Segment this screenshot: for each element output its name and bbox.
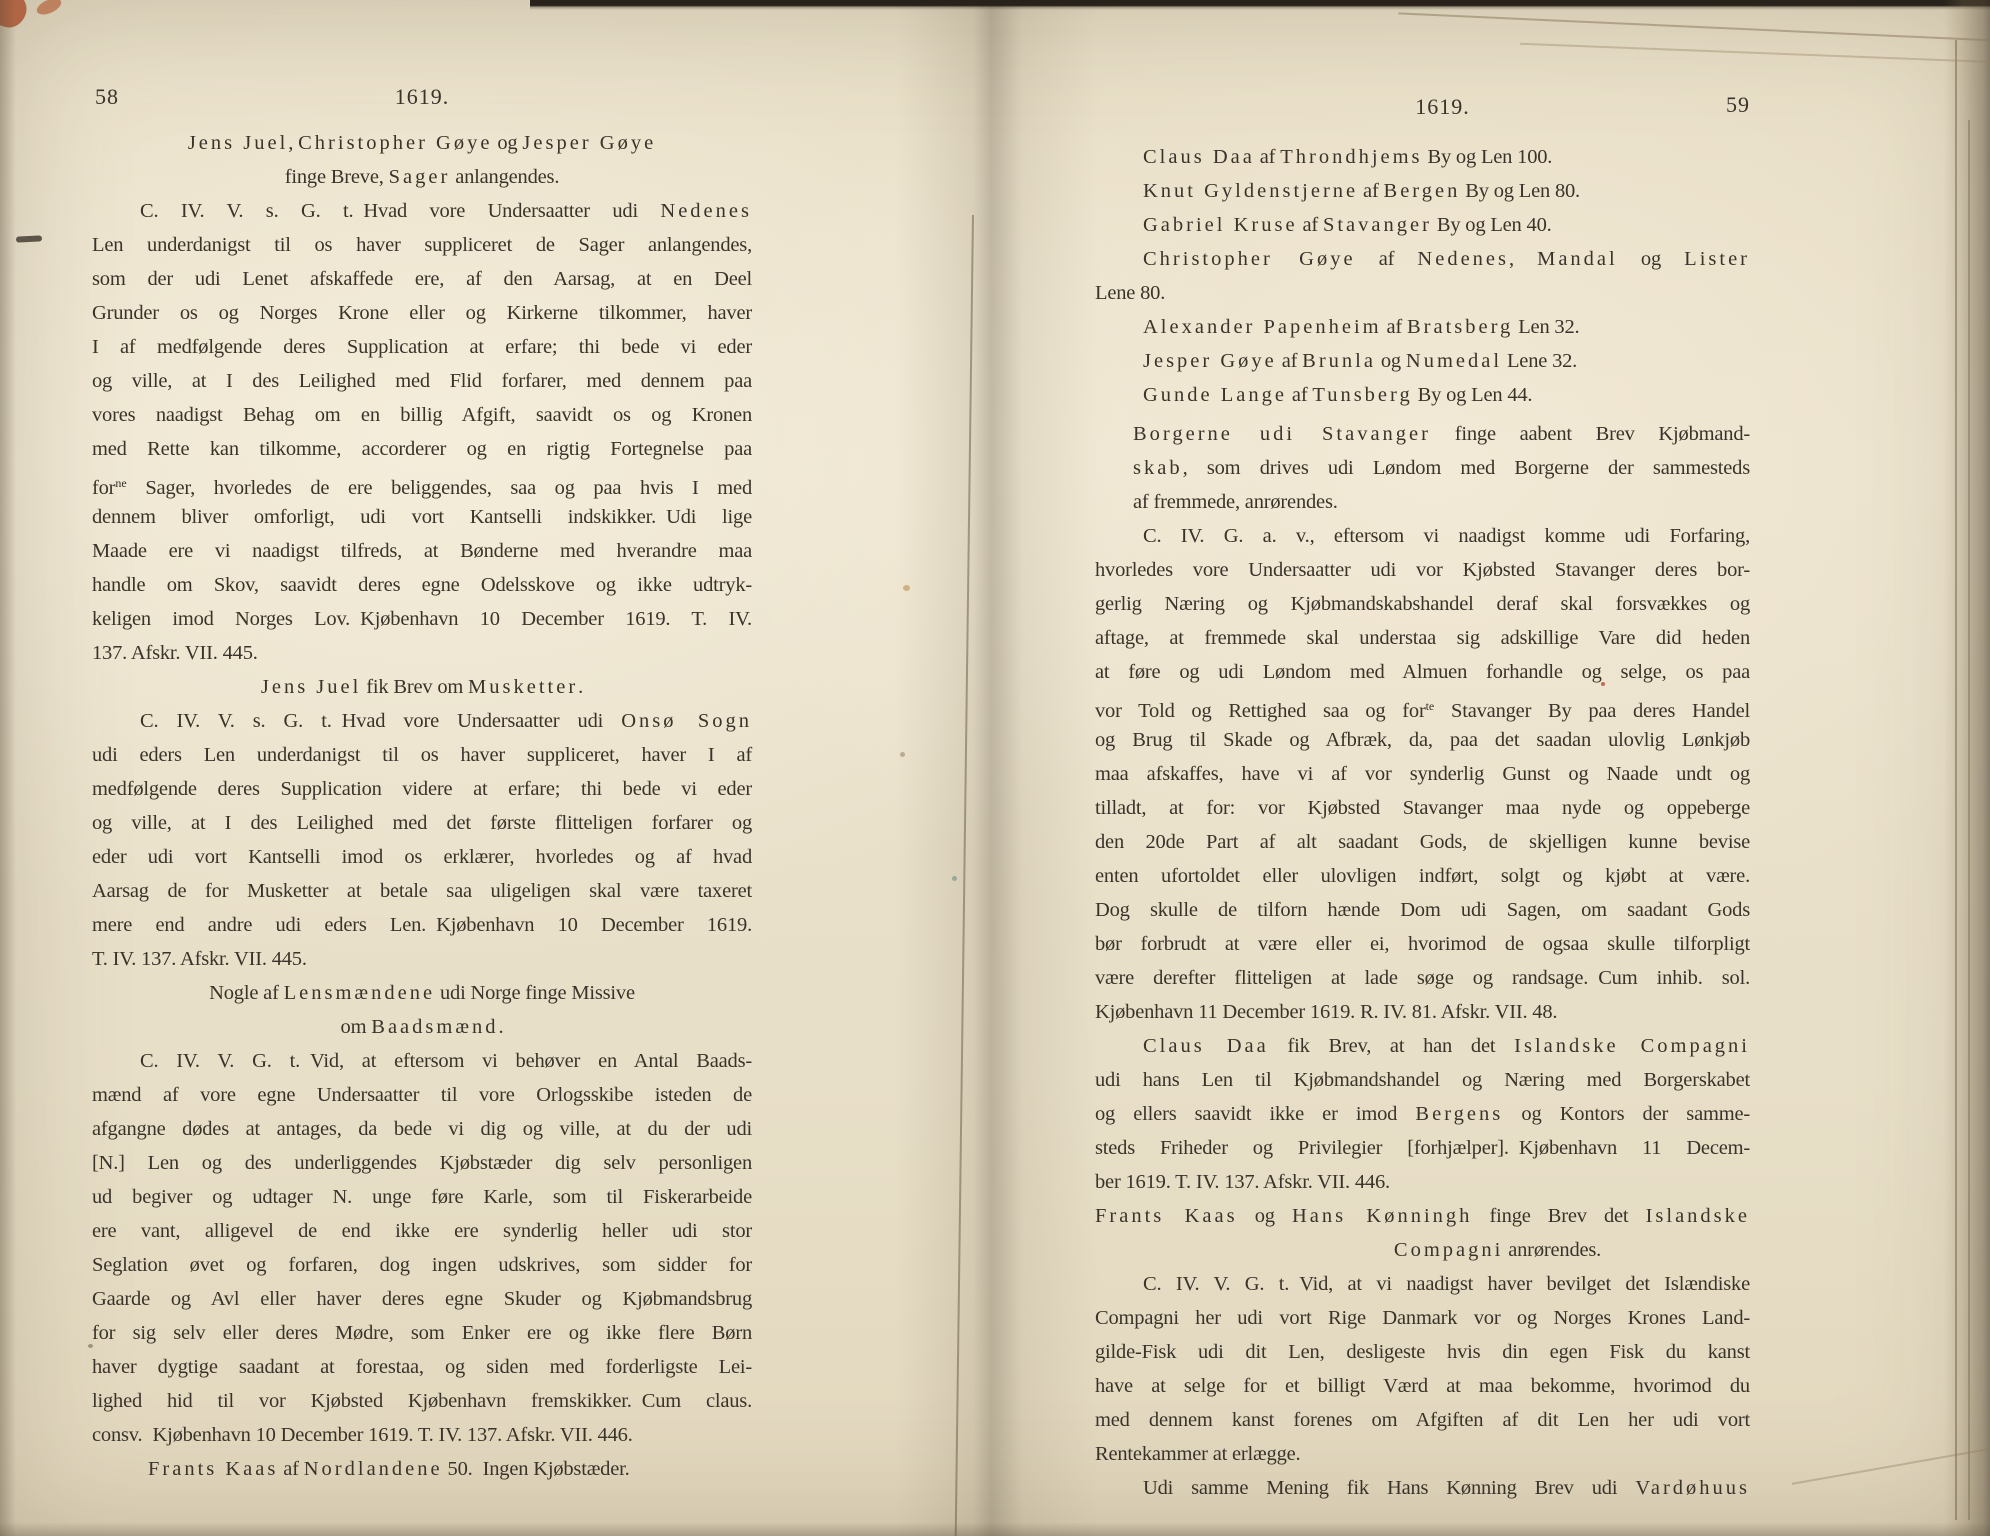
scan-top-edge	[530, 0, 1990, 10]
ink-speck-2	[900, 752, 905, 757]
text-line: eder udi vort Kantselli imod os erklærer…	[92, 840, 752, 874]
gutter-crease-line	[955, 215, 974, 1536]
text-line: Dog skulle de tilforn hænde Dom udi Sage…	[1095, 893, 1750, 927]
left-running-head: 1619.	[92, 84, 752, 110]
text-line: Jesper Gøye af Brunla og Numedal Lene 32…	[1095, 344, 1750, 378]
text-line: C. IV. V. G. t. Vid, at eftersom vi behø…	[92, 1044, 752, 1078]
letterspaced-name: Brunla	[1302, 350, 1376, 372]
text-line: vores naadigst Behag om en billig Afgift…	[92, 398, 752, 432]
page-stack-edge	[1944, 0, 1990, 1536]
text-line: udi hans Len til Kjøbmandshandel og Næri…	[1095, 1063, 1750, 1097]
letter-text-claus-daa: Claus Daa fik Brev, at han det Islandske…	[1095, 1029, 1750, 1199]
letterspaced-name: Jesper Gøye	[1143, 350, 1277, 372]
letter-text-baadsmaend: C. IV. V. G. t. Vid, at eftersom vi behø…	[92, 1044, 752, 1452]
page-corner-crease-2	[1520, 43, 1990, 63]
letterspaced-name: Mandal	[1537, 248, 1618, 270]
text-line: skab, som drives udi Løndom med Borgerne…	[1133, 451, 1750, 485]
text-line: Lene 80.	[1095, 276, 1750, 310]
text-line: Rentekammer at erlægge.	[1095, 1437, 1750, 1471]
text-line: have at selge for et billigt Værd at maa…	[1095, 1369, 1750, 1403]
text-line: og ville, at I des Leilighed med det før…	[92, 806, 752, 840]
text-line: være derefter flitteligen at lade søge o…	[1095, 961, 1750, 995]
left-edge-shadow	[0, 0, 16, 1536]
text-line: ud begiver og udtager N. unge føre Karle…	[92, 1180, 752, 1214]
text-line: I af medfølgende deres Supplication at e…	[92, 330, 752, 364]
text-line: at føre og udi Løndom med Almuen forhand…	[1095, 655, 1750, 689]
letterspaced-name: Lensmændene	[284, 982, 435, 1004]
margin-dash-mark	[16, 235, 42, 242]
letter-heading-islandske-compagni: Frants Kaas og Hans Kønningh finge Brev …	[1095, 1199, 1750, 1267]
letterspaced-name: Alexander Papenheim	[1143, 316, 1382, 338]
text-line: mere end andre udi eders Len. Kjøbenhavn…	[92, 908, 752, 942]
text-line: gerlig Næring og Kjøbmandskabshandel der…	[1095, 587, 1750, 621]
text-line: og ville, at I des Leilighed med Flid fo…	[92, 364, 752, 398]
letterspaced-name: Tunsberg	[1312, 384, 1412, 406]
red-crayon-mark-1	[0, 0, 31, 32]
letterspaced-name: Bergen	[1384, 180, 1461, 202]
superscript-abbrev: ne	[115, 476, 126, 490]
letterspaced-name: Throndhjems	[1280, 146, 1422, 168]
letterspaced-name: Nedenes	[660, 200, 752, 222]
right-page-text: Claus Daa af Throndhjems By og Len 100.K…	[1095, 140, 1750, 1505]
text-line: aftage, at fremmede skal understaa sig a…	[1095, 621, 1750, 655]
text-line: 137. Afskr. VII. 445.	[92, 636, 752, 670]
letterspaced-name: Christopher Gøye	[298, 132, 492, 154]
text-line: med Rette kan tilkomme, accorderer og en…	[92, 432, 752, 466]
text-line: T. IV. 137. Afskr. VII. 445.	[92, 942, 752, 976]
text-line: Seglation øvet og forfaren, dog ingen ud…	[92, 1248, 752, 1282]
text-line: Christopher Gøye af Nedenes, Mandal og L…	[1095, 242, 1750, 276]
text-line: Claus Daa af Throndhjems By og Len 100.	[1095, 140, 1750, 174]
letter-text-nedenes: C. IV. V. s. G. t. Hvad vore Undersaatte…	[92, 194, 752, 670]
text-line: om Baadsmænd.	[92, 1010, 752, 1044]
text-line: Gunde Lange af Tunsberg By og Len 44.	[1095, 378, 1750, 412]
text-line: maa afskaffes, have vi af vor synderlig …	[1095, 757, 1750, 791]
letterspaced-name: Lister	[1684, 248, 1750, 270]
letter-heading-musketter: Jens Juel fik Brev om Musketter.	[92, 670, 752, 704]
text-line: Frants Kaas af Nordlandene 50. Ingen Kjø…	[92, 1452, 752, 1486]
letterspaced-name: skab	[1133, 457, 1183, 479]
letterspaced-name: Frants Kaas	[148, 1458, 278, 1480]
text-line: Grunder os og Norges Krone eller og Kirk…	[92, 296, 752, 330]
text-line: Jens Juel, Christopher Gøye og Jesper Gø…	[92, 126, 752, 160]
letter-text-vardoehuus: Udi samme Mening fik Hans Kønning Brev u…	[1095, 1471, 1750, 1505]
text-line: haver dygtige saadant at forestaa, og si…	[92, 1350, 752, 1384]
text-line: keligen imod Norges Lov. Kjøbenhavn 10 D…	[92, 602, 752, 636]
text-line: Maade ere vi naadigst tilfreds, at Bønde…	[92, 534, 752, 568]
text-line: af fremmede, anrørendes.	[1133, 485, 1750, 519]
letterspaced-name: Sager	[389, 166, 451, 188]
letter-heading-stavanger: Borgerne udi Stavanger finge aabent Brev…	[1095, 417, 1750, 519]
letterspaced-name: Nordlandene	[304, 1458, 443, 1480]
letterspaced-name: Islandske Compagni	[1514, 1035, 1750, 1057]
text-line: Borgerne udi Stavanger finge aabent Brev…	[1133, 417, 1750, 451]
letterspaced-name: Onsø Sogn	[621, 710, 752, 732]
text-line: Udi samme Mening fik Hans Kønning Brev u…	[1095, 1471, 1750, 1505]
text-line: C. IV. G. a. v., eftersom vi naadigst ko…	[1095, 519, 1750, 553]
red-crayon-mark-2	[34, 0, 63, 18]
letterspaced-name: Claus Daa	[1143, 146, 1255, 168]
text-line: vor Told og Rettighed saa og forte Stava…	[1095, 689, 1750, 723]
text-line: udi eders Len underdanigst til os haver …	[92, 738, 752, 772]
text-line: Gabriel Kruse af Stavanger By og Len 40.	[1095, 208, 1750, 242]
letterspaced-name: Borgerne udi Stavanger	[1133, 423, 1431, 445]
book-spread: 58 1619. 1619. 59 Jens Juel, Christopher…	[0, 0, 1990, 1536]
letterspaced-name: Stavanger	[1323, 214, 1432, 236]
letterspaced-name: Gunde Lange	[1143, 384, 1287, 406]
page-corner-crease-3	[1792, 1441, 1990, 1485]
text-line: gilde-Fisk udi dit Len, desligeste hvis …	[1095, 1335, 1750, 1369]
letterspaced-name: Gabriel Kruse	[1143, 214, 1298, 236]
letterspaced-name: Bergens	[1415, 1103, 1503, 1125]
text-line: dennem bliver omforligt, udi vort Kantse…	[92, 500, 752, 534]
letterspaced-name: Numedal	[1406, 350, 1502, 372]
text-line: handle om Skov, saavidt deres egne Odels…	[92, 568, 752, 602]
text-line: og ellers saavidt ikke er imod Bergens o…	[1095, 1097, 1750, 1131]
superscript-abbrev: te	[1426, 699, 1435, 713]
page-corner-crease-1	[1398, 12, 1990, 41]
letterspaced-name: Jens Juel	[261, 676, 361, 698]
text-line: lighed hid til vor Kjøbsted Kjøbenhavn f…	[92, 1384, 752, 1418]
letter-text-musketter: C. IV. V. s. G. t. Hvad vore Undersaatte…	[92, 704, 752, 976]
letterspaced-name: Vardøhuus	[1635, 1477, 1750, 1499]
ink-speck-1	[903, 585, 910, 591]
right-page-number: 59	[1095, 92, 1750, 118]
text-line: steds Friheder og Privilegier [forhjælpe…	[1095, 1131, 1750, 1165]
letter-heading-breve-sager: Jens Juel, Christopher Gøye og Jesper Gø…	[92, 126, 752, 194]
text-line: ere vant, alligevel de end ikke ere synd…	[92, 1214, 752, 1248]
letterspaced-name: Baadsmænd	[371, 1016, 498, 1038]
text-line: C. IV. V. G. t. Vid, at vi naadigst have…	[1095, 1267, 1750, 1301]
text-line: C. IV. V. s. G. t. Hvad vore Undersaatte…	[92, 194, 752, 228]
text-line: Claus Daa fik Brev, at han det Islandske…	[1095, 1029, 1750, 1063]
letterspaced-name: Jesper Gøye	[522, 132, 656, 154]
len-assignment-list: Claus Daa af Throndhjems By og Len 100.K…	[1095, 140, 1750, 412]
text-line: Kjøbenhavn 11 December 1619. R. IV. 81. …	[1095, 995, 1750, 1029]
ink-speck-3	[952, 876, 957, 881]
text-line: Jens Juel fik Brev om Musketter.	[92, 670, 752, 704]
letterspaced-name: Hans Kønningh	[1292, 1205, 1472, 1227]
text-line: og Brug til Skade og Afbræk, da, paa det…	[1095, 723, 1750, 757]
letterspaced-name: Frants Kaas	[1095, 1205, 1238, 1227]
letterspaced-name: Musketter	[468, 676, 578, 698]
letterspaced-name: Nedenes	[1417, 248, 1509, 270]
page-stack-line-2	[1968, 120, 1970, 1520]
letterspaced-name: Claus Daa	[1143, 1035, 1269, 1057]
text-line: Knut Gyldenstjerne af Bergen By og Len 8…	[1095, 174, 1750, 208]
text-line: for sig selv eller deres Mødre, som Enke…	[92, 1316, 752, 1350]
text-line: Compagni anrørendes.	[1095, 1233, 1750, 1267]
len-assignment-entry: Frants Kaas af Nordlandene 50. Ingen Kjø…	[92, 1452, 752, 1486]
text-line: Compagni her udi vort Rige Danmark vor o…	[1095, 1301, 1750, 1335]
text-line: [N.] Len og des underliggendes Kjøbstæde…	[92, 1146, 752, 1180]
text-line: Nogle af Lensmændene udi Norge finge Mis…	[92, 976, 752, 1010]
text-line: Aarsag de for Musketter at betale saa ul…	[92, 874, 752, 908]
text-line: bør forbrudt at være eller ei, hvorimod …	[1095, 927, 1750, 961]
letterspaced-name: Compagni	[1394, 1239, 1503, 1261]
letterspaced-name: Christopher Gøye	[1143, 248, 1356, 270]
text-line: medfølgende deres Supplication videre at…	[92, 772, 752, 806]
letterspaced-name: Bratsberg	[1407, 316, 1513, 338]
text-line: med dennem kanst forenes om Afgiften af …	[1095, 1403, 1750, 1437]
left-page-text: Jens Juel, Christopher Gøye og Jesper Gø…	[92, 126, 752, 1486]
text-line: C. IV. V. s. G. t. Hvad vore Undersaatte…	[92, 704, 752, 738]
text-line: hvorledes vore Undersaatter udi vor Kjøb…	[1095, 553, 1750, 587]
bottom-edge-shadow	[0, 1522, 1990, 1536]
text-line: forne Sager, hvorledes de ere beliggende…	[92, 466, 752, 500]
text-line: finge Breve, Sager anlangendes.	[92, 160, 752, 194]
letterspaced-name: Knut Gyldenstjerne	[1143, 180, 1358, 202]
text-line: ber 1619. T. IV. 137. Afskr. VII. 446.	[1095, 1165, 1750, 1199]
text-line: som der udi Lenet afskaffede ere, af den…	[92, 262, 752, 296]
text-line: Alexander Papenheim af Bratsberg Len 32.	[1095, 310, 1750, 344]
text-line: afgangne dødes at antages, da bede vi di…	[92, 1112, 752, 1146]
text-line: tilladt, at for: vor Kjøbsted Stavanger …	[1095, 791, 1750, 825]
text-line: enten ufortoldet eller ulovligen indført…	[1095, 859, 1750, 893]
page-stack-line-1	[1955, 40, 1957, 1520]
letterspaced-name: Jens Juel	[188, 132, 288, 154]
text-line: mænd af vore egne Undersaatter til vore …	[92, 1078, 752, 1112]
letterspaced-name: Islandske	[1646, 1205, 1750, 1227]
text-line: Frants Kaas og Hans Kønningh finge Brev …	[1095, 1199, 1750, 1233]
letter-heading-baadsmaend: Nogle af Lensmændene udi Norge finge Mis…	[92, 976, 752, 1044]
gutter-shadow	[895, 0, 1100, 1536]
text-line: Gaarde og Avl eller haver deres egne Sku…	[92, 1282, 752, 1316]
text-line: den 20de Part af alt saadant Gods, de sk…	[1095, 825, 1750, 859]
letter-text-islandske-compagni: C. IV. V. G. t. Vid, at vi naadigst have…	[1095, 1267, 1750, 1471]
text-line: Len underdanigst til os haver supplicere…	[92, 228, 752, 262]
text-line: consv. Kjøbenhavn 10 December 1619. T. I…	[92, 1418, 752, 1452]
letter-text-stavanger: C. IV. G. a. v., eftersom vi naadigst ko…	[1095, 519, 1750, 1029]
